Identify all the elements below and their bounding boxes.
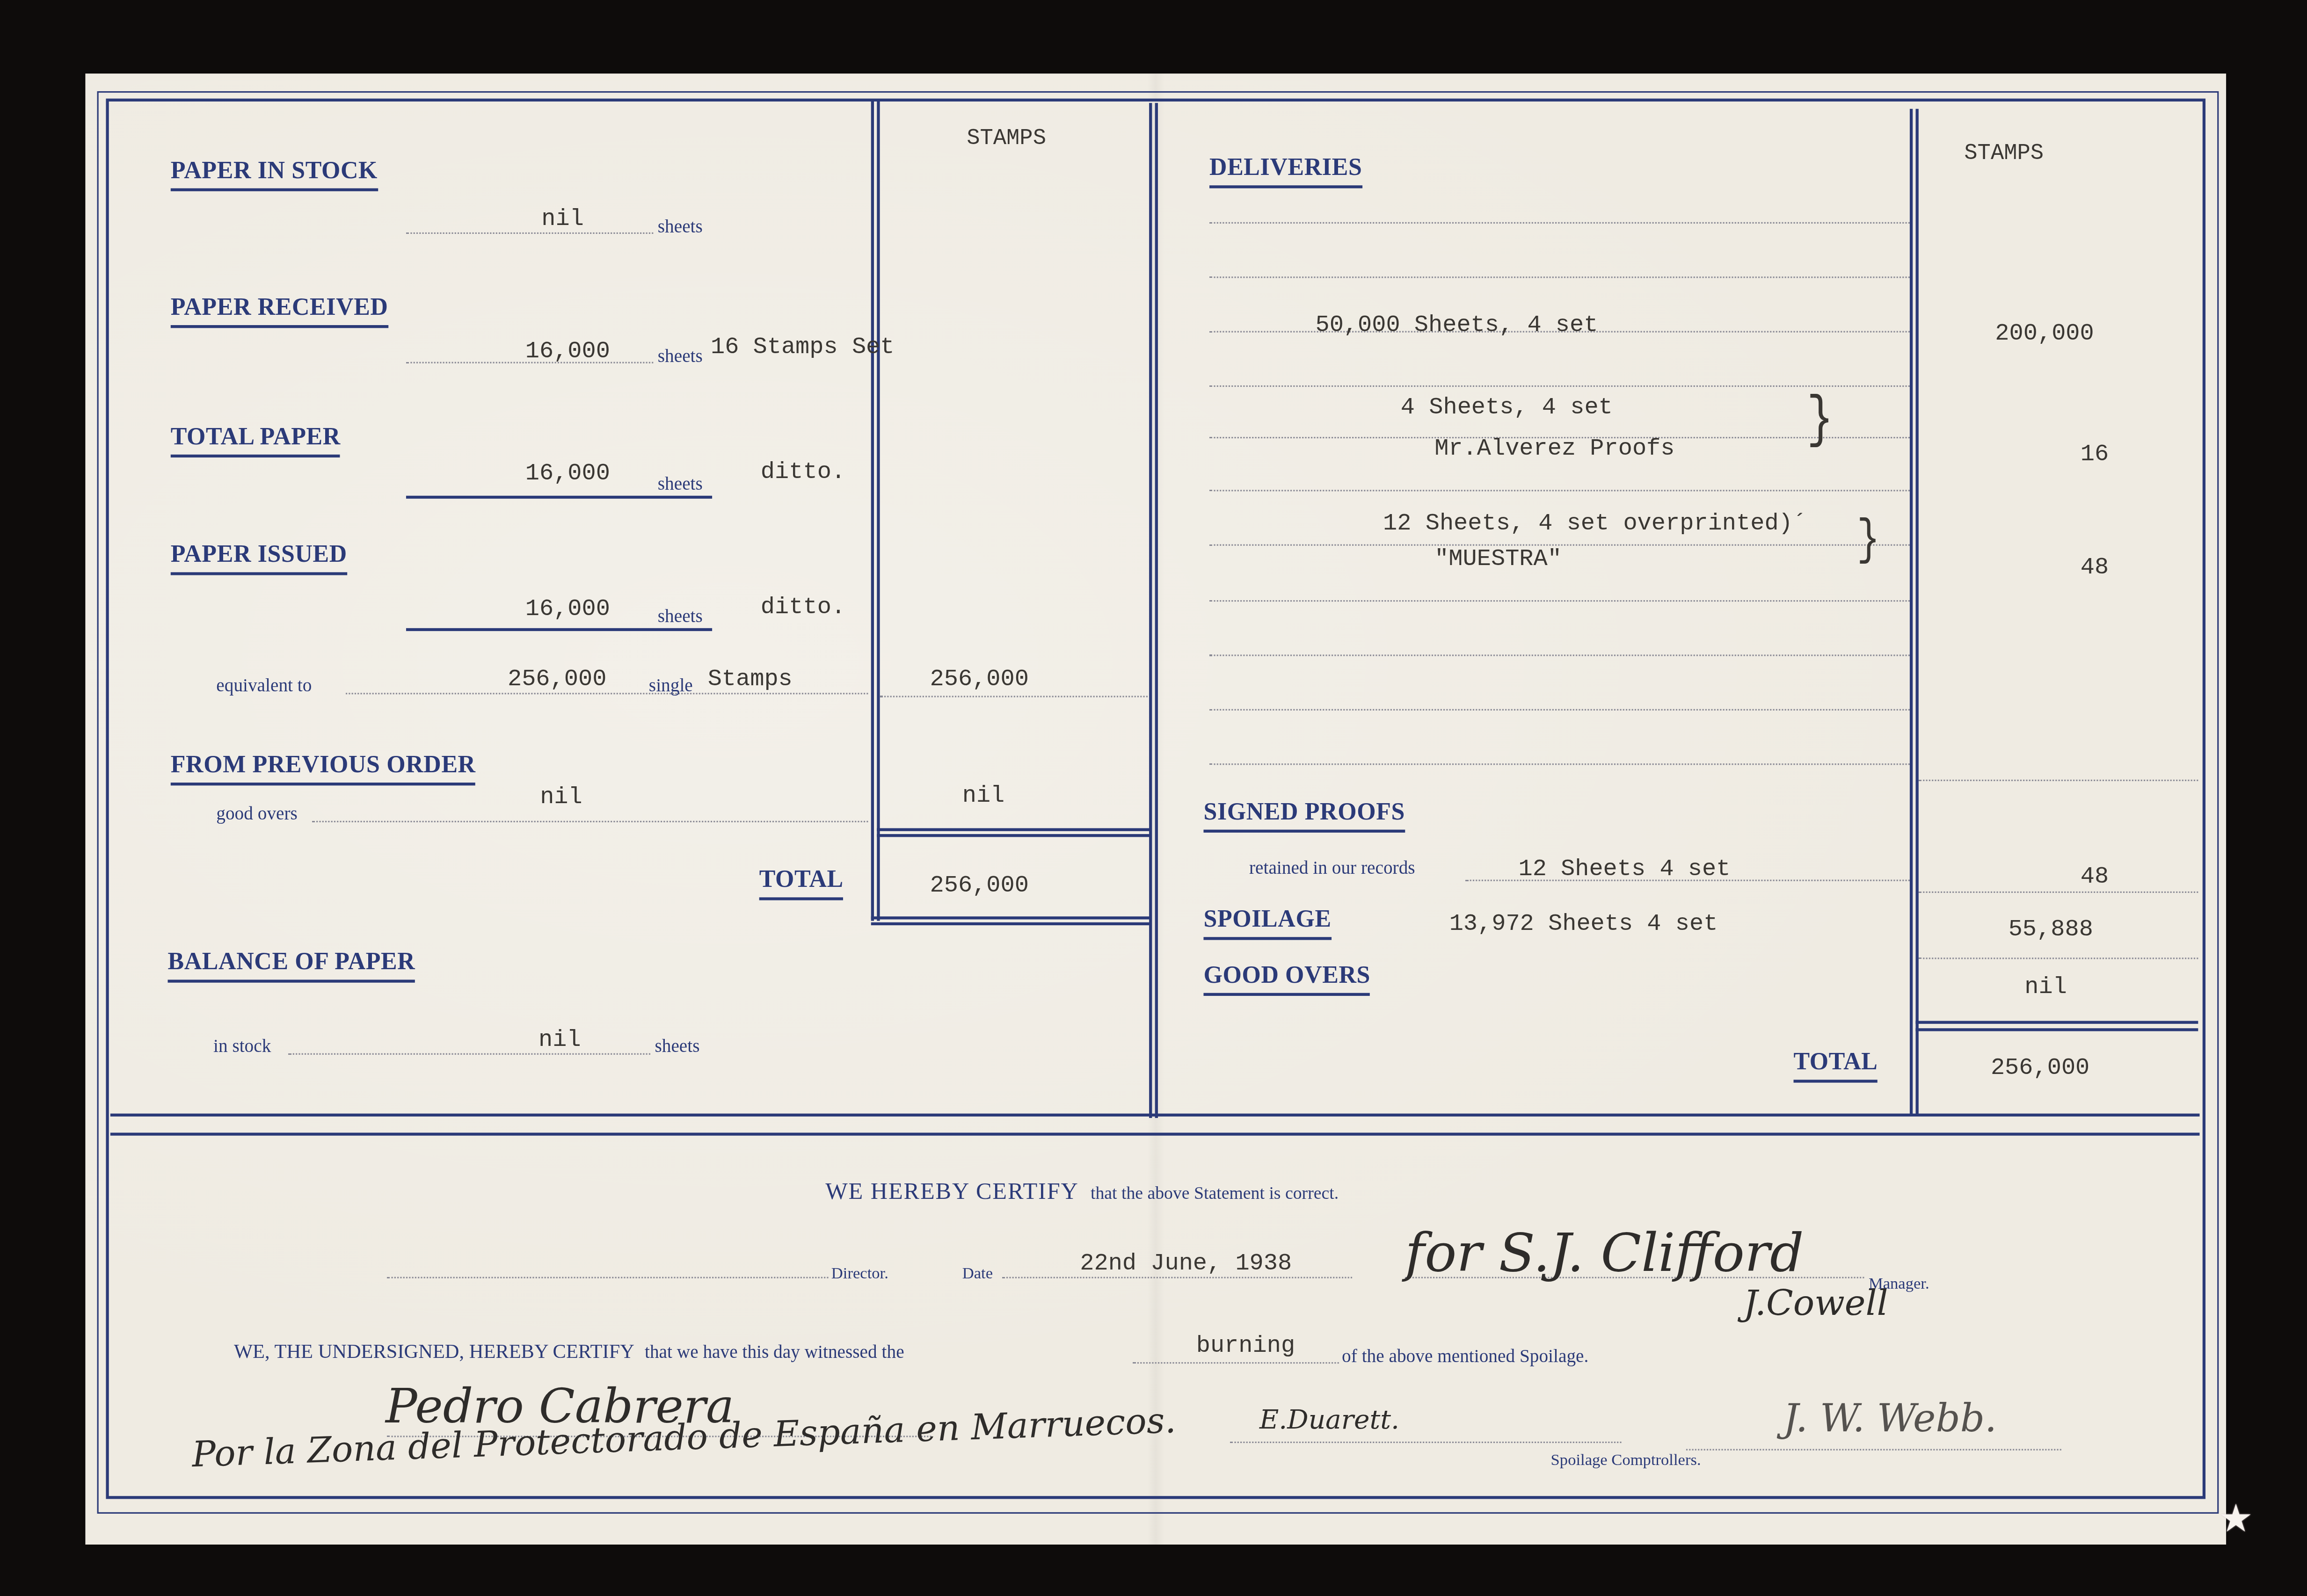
- right-total-rule-1: [1916, 1021, 2198, 1023]
- delivery-3-line1: 12 Sheets, 4 set overprinted)´: [1383, 510, 1807, 537]
- paper-issued-unit: sheets: [658, 606, 703, 628]
- director-signature-line: [387, 1277, 828, 1278]
- left-stamps-col-line-2: [877, 100, 879, 921]
- delivery-1-line1: 50,000 Sheets, 4 set: [1315, 312, 1598, 339]
- delivery-rule: [1209, 222, 1910, 224]
- controller-3-signature: J. W. Webb.: [1783, 1398, 1997, 1442]
- undersigned-rest: that we have this day witnessed the: [645, 1342, 904, 1362]
- stamps-col-rule: [1919, 780, 2198, 781]
- witnessed-line: [1133, 1362, 1339, 1364]
- left-total-stamps: 256,000: [930, 872, 1029, 899]
- paper-received-note: 16 Stamps Set: [711, 334, 895, 361]
- signed-proofs-stamps-dots: [1919, 892, 2198, 893]
- controllers-label: Spoilage Comptrollers.: [1551, 1452, 1701, 1470]
- date-line: [1002, 1277, 1352, 1278]
- heading-good-overs: GOOD OVERS: [1203, 961, 1370, 990]
- delivery-1-stamps: 200,000: [1995, 321, 2094, 348]
- delivery-rule: [1209, 600, 1910, 602]
- total-paper-rule: [406, 496, 712, 500]
- spoilage-value: 13,972 Sheets 4 set: [1449, 911, 1718, 937]
- paper-received-unit: sheets: [658, 346, 703, 368]
- delivery-3-brace: }: [1857, 511, 1880, 569]
- controller-3-line: [1686, 1449, 2061, 1451]
- controller-2-signature: E.Duarett.: [1259, 1405, 1399, 1436]
- undersigned-end: of the above mentioned Spoilage.: [1342, 1346, 1588, 1368]
- delivery-rule: [1209, 763, 1910, 765]
- total-paper-value: 16,000: [525, 460, 610, 487]
- director-label: Director.: [831, 1265, 888, 1283]
- equivalent-value: 256,000: [508, 667, 606, 693]
- equivalent-stamps-dots: [880, 696, 1148, 697]
- delivery-2-brace: }: [1807, 390, 1834, 455]
- paper-in-stock-unit: sheets: [658, 216, 703, 238]
- certification-divider-2: [110, 1132, 2200, 1135]
- delivery-3-line2: "MUESTRA": [1434, 546, 1562, 573]
- paper-received-value: 16,000: [525, 338, 610, 365]
- equivalent-stamps: 256,000: [930, 667, 1029, 693]
- delivery-rule: [1209, 276, 1910, 278]
- left-stamps-col-line: [871, 100, 873, 921]
- undersigned-caps: WE, THE UNDERSIGNED, HEREBY CERTIFY: [234, 1340, 634, 1362]
- spoilage-stamps-dots: [1919, 958, 2198, 959]
- balance-label: in stock: [213, 1036, 271, 1058]
- certification-divider: [110, 1114, 2200, 1117]
- heading-total-paper: TOTAL PAPER: [171, 422, 341, 452]
- good-overs-stamps: nil: [2024, 974, 2067, 1001]
- paper-in-stock-dots: [406, 232, 653, 234]
- paper-in-stock-value: nil: [541, 206, 584, 232]
- previous-order-value: nil: [540, 784, 582, 811]
- delivery-2-line1: 4 Sheets, 4 set: [1401, 394, 1613, 421]
- manager-label: Manager.: [1869, 1276, 1929, 1293]
- signed-proofs-label: retained in our records: [1249, 857, 1415, 879]
- heading-spoilage: SPOILAGE: [1203, 905, 1331, 934]
- left-total-bottom-2: [871, 922, 1151, 925]
- balance-unit: sheets: [655, 1036, 699, 1058]
- heading-signed-proofs: SIGNED PROOFS: [1203, 797, 1405, 827]
- equivalent-note: Stamps: [708, 667, 793, 693]
- certify-caps: WE HEREBY CERTIFY: [825, 1180, 1079, 1204]
- certify-rest: that the above Statement is correct.: [1091, 1182, 1339, 1203]
- embossed-star-icon: ★: [2219, 1497, 2253, 1541]
- delivery-rule: [1209, 490, 1910, 491]
- controller-2-line: [1230, 1442, 1622, 1443]
- witnessed-value: burning: [1196, 1333, 1295, 1359]
- heading-from-previous-order: FROM PREVIOUS ORDER: [171, 750, 476, 780]
- delivery-rule: [1209, 385, 1910, 387]
- balance-dots: [288, 1053, 650, 1055]
- left-total-bottom-1: [871, 916, 1151, 919]
- manager-signature-2: J.Cowell: [1744, 1283, 1888, 1324]
- left-total-rule-1: [877, 828, 1150, 831]
- right-total-rule-2: [1916, 1028, 2198, 1030]
- balance-value: nil: [539, 1027, 581, 1053]
- delivery-rule: [1209, 654, 1910, 656]
- right-total-label: TOTAL: [1794, 1047, 1878, 1077]
- right-stamps-header: STAMPS: [1964, 141, 2044, 166]
- delivery-2-stamps: 16: [2081, 441, 2109, 468]
- paper-issued-value: 16,000: [525, 596, 610, 623]
- delivery-2-line2: Mr.Alverez Proofs: [1434, 435, 1674, 462]
- right-total-stamps: 256,000: [1991, 1055, 2089, 1081]
- manager-signature: for S.J. Clifford: [1405, 1224, 1804, 1284]
- spoilage-stamps: 55,888: [2009, 916, 2093, 943]
- left-total-rule-2: [877, 834, 1150, 836]
- good-overs-label: good overs: [216, 803, 298, 825]
- document-stage: STAMPS PAPER IN STOCK nil sheets PAPER R…: [0, 0, 2307, 1596]
- delivery-rule: [1209, 709, 1910, 711]
- certify-statement: WE HEREBY CERTIFY that the above Stateme…: [825, 1180, 1339, 1206]
- delivery-3-stamps: 48: [2081, 555, 2109, 581]
- date-label: Date: [962, 1265, 993, 1283]
- good-overs-dots: [312, 821, 868, 822]
- center-divider-2: [1155, 103, 1157, 1118]
- equivalent-dots: [346, 693, 868, 694]
- paper-issued-rule: [406, 628, 712, 632]
- left-stamps-header: STAMPS: [967, 126, 1046, 151]
- center-divider: [1149, 103, 1151, 1118]
- heading-paper-received: PAPER RECEIVED: [171, 293, 388, 322]
- equivalent-unit: single: [649, 675, 693, 697]
- left-total-label: TOTAL: [759, 865, 844, 894]
- signed-proofs-value: 12 Sheets 4 set: [1518, 856, 1730, 883]
- total-paper-note: ditto.: [761, 459, 845, 486]
- heading-balance-of-paper: BALANCE OF PAPER: [168, 947, 415, 977]
- previous-order-stamps: nil: [962, 783, 1005, 809]
- heading-paper-issued: PAPER ISSUED: [171, 540, 347, 569]
- date-value: 22nd June, 1938: [1080, 1250, 1292, 1277]
- right-stamps-col-line: [1910, 109, 1912, 1115]
- paper-issued-note: ditto.: [761, 594, 845, 621]
- total-paper-unit: sheets: [658, 474, 703, 496]
- signed-proofs-stamps: 48: [2081, 863, 2109, 890]
- heading-paper-in-stock: PAPER IN STOCK: [171, 156, 378, 185]
- right-stamps-col-line-2: [1916, 109, 1918, 1115]
- equivalent-label: equivalent to: [216, 675, 312, 697]
- undersigned-statement: WE, THE UNDERSIGNED, HEREBY CERTIFY that…: [234, 1339, 904, 1365]
- heading-deliveries: DELIVERIES: [1209, 153, 1362, 182]
